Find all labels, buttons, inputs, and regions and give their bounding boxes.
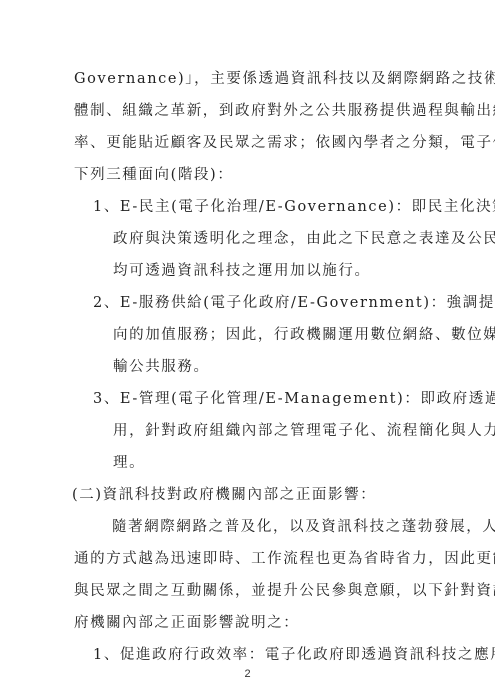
intro-line-1: Governance)」，主要係透過資訊科技以及網際網路之技術，從政府對內 <box>74 70 430 88</box>
list-item-2-line-3: 輸公共服務。 <box>113 358 430 376</box>
list-item-1-line-2: 政府與決策透明化之理念，由此之下民意之表達及公民參與等 <box>113 230 430 248</box>
intro-line-4: 下列三種面向(階段)： <box>74 166 430 184</box>
list-item-1-line-3: 均可透過資訊科技之運用加以施行。 <box>113 262 430 280</box>
document-page: Governance)」，主要係透過資訊科技以及網際網路之技術，從政府對內 體制… <box>0 0 495 700</box>
section-paragraph-line-2: 通的方式越為迅速即時、工作流程也更為省時省力，因此更能強化政府 <box>74 550 430 568</box>
list-item-2-line-1: 2、E-服務供給(電子化政府/E-Government)：強調提供以顧客為導 <box>93 294 430 312</box>
intro-line-2: 體制、組織之革新，到政府對外之公共服務提供過程與輸出結果更有效 <box>74 102 430 120</box>
page-number: 2 <box>0 668 495 680</box>
list-item-3-line-3: 理。 <box>113 454 430 472</box>
section-heading: (二)資訊科技對政府機關內部之正面影響： <box>72 486 428 504</box>
list-item-3-line-2: 用，針對政府組織內部之管理電子化、流程簡化與人力資源管 <box>113 422 430 440</box>
list-item-1-line-1: 1、E-民主(電子化治理/E-Governance)：即民主化決策流程、開明 <box>93 198 430 216</box>
list-item-3-line-1: 3、E-管理(電子化管理/E-Management)：即政府透過資訊科技之運 <box>93 390 430 408</box>
section-paragraph-line-3: 與民眾之間之互動關係，並提升公民參與意願，以下針對資訊科技對政 <box>74 582 430 600</box>
list-item-2-line-2: 向的加值服務；因此，行政機關運用數位網絡、數位媒體加以傳 <box>113 326 430 344</box>
section-paragraph-line-4: 府機關內部之正面影響說明之： <box>74 614 430 632</box>
section-paragraph-line-1: 隨著網際網路之普及化，以及資訊科技之蓬勃發展，人與人之間溝 <box>112 518 430 536</box>
sub-item-1-line-1: 1、促進政府行政效率：電子化政府即透過資訊科技之應用，簡化行 <box>93 646 430 664</box>
intro-line-3: 率、更能貼近顧客及民眾之需求；依國內學者之分類，電子化政府包含 <box>74 134 430 152</box>
